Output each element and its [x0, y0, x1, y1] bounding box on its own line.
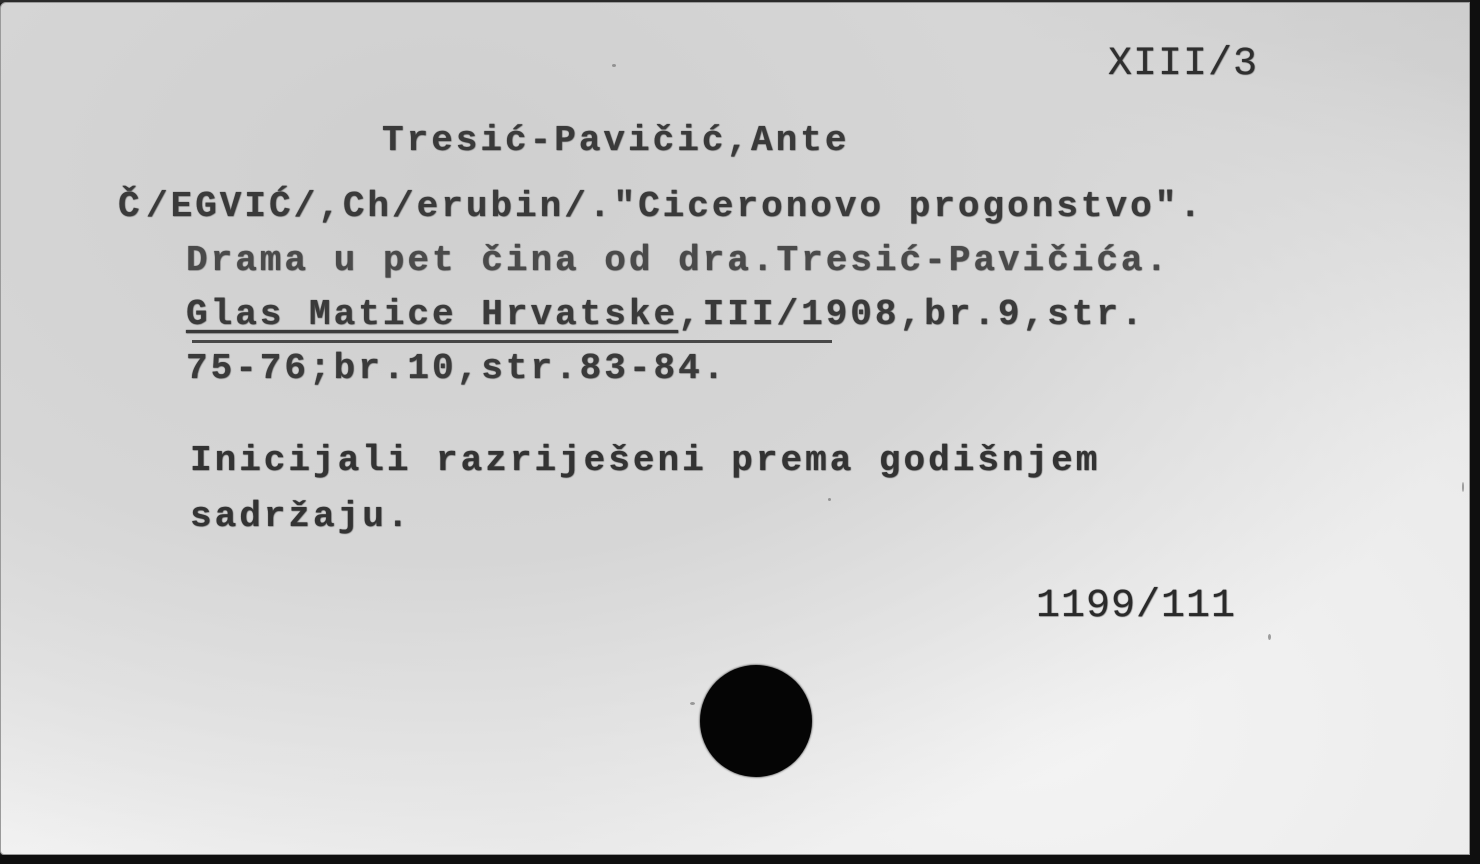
underline-rule — [192, 340, 832, 343]
scan-speck — [612, 64, 616, 67]
scan-speck — [690, 702, 695, 705]
entry-line-4: 75-76;br.10,str.83-84. — [186, 348, 727, 389]
catalog-card: XIII/3 Tresić-Pavičić,Ante Č /EGVIĆ/,Ch/… — [0, 2, 1470, 855]
entry-line-2: Drama u pet čina od dra.Tresić-Pavičića. — [186, 240, 1170, 281]
call-number: XIII/3 — [1108, 42, 1258, 87]
author-heading: Tresić-Pavičić,Ante — [382, 120, 849, 161]
note-line-1: Inicijali razriješeni prema godišnjem — [190, 440, 1100, 481]
scan-speck — [1268, 634, 1271, 640]
entry-line-1: /EGVIĆ/,Ch/erubin/."Ciceronovo progonstv… — [146, 186, 1204, 227]
journal-citation: ,III/1908,br.9,str. — [678, 294, 1145, 335]
scan-speck — [1462, 482, 1464, 492]
scan-edge-right — [1470, 0, 1480, 864]
entry-lead-mark: Č — [118, 186, 142, 227]
entry-line-3: Glas Matice Hrvatske,III/1908,br.9,str. — [186, 294, 1146, 335]
scan-edge-bottom — [0, 855, 1480, 864]
scan-speck — [828, 498, 831, 501]
accession-number: 1199/111 — [1036, 584, 1236, 629]
journal-title: Glas Matice Hrvatske — [186, 294, 678, 335]
punch-hole-icon — [700, 665, 812, 777]
note-line-2: sadržaju. — [190, 496, 411, 537]
